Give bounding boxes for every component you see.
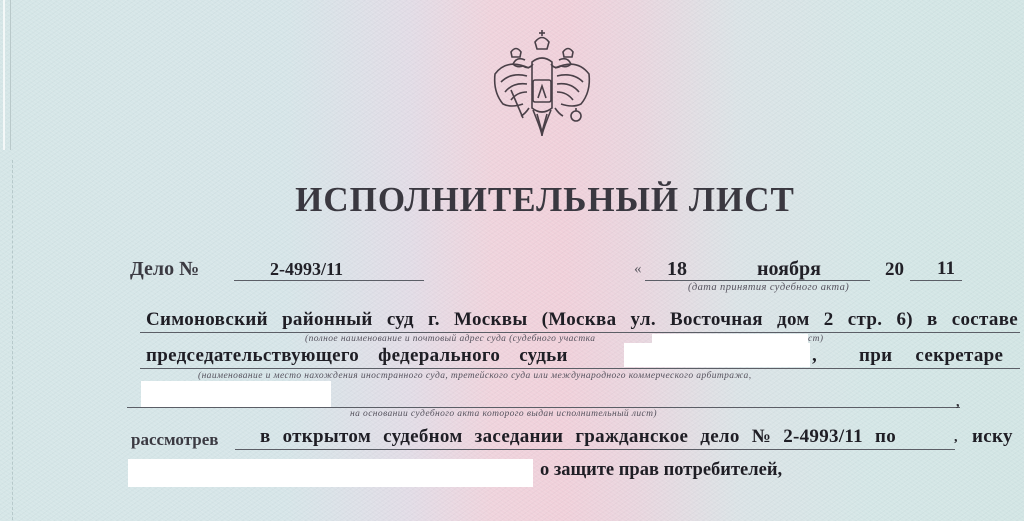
secretary-hint: на основании судебного акта которого выд…: [350, 409, 657, 419]
court-hint-left: (полное наименование и почтовый адрес су…: [305, 334, 595, 344]
case-number: 2-4993/11: [270, 259, 343, 280]
secretary-label: при секретаре: [859, 345, 1003, 367]
date-year-suffix: 11: [937, 258, 955, 280]
redacted-judge-name: [624, 343, 810, 367]
claim-text: о защите прав потребителей,: [540, 460, 782, 481]
russian-coat-of-arms-icon: [487, 28, 597, 143]
considered-underline: [235, 449, 955, 450]
considered-comma: ,: [954, 430, 958, 446]
secretary-underline: [127, 407, 960, 408]
date-month: ноября: [757, 258, 821, 281]
binding-edge: [3, 0, 11, 150]
court-underline: [140, 332, 1020, 333]
redacted-secretary-name: [141, 381, 331, 408]
court-hint-right: ст): [808, 334, 823, 344]
judge-underline: [140, 368, 1020, 369]
judge-comma: ,: [812, 345, 817, 367]
date-hint: (дата принятия судебного акта): [688, 282, 849, 293]
date-open-quote: «: [634, 261, 642, 278]
judge-prefix: председательствующего федерального судьи: [146, 345, 568, 367]
date-year-prefix: 20: [885, 259, 904, 281]
claim-label: иску: [972, 426, 1013, 448]
date-day: 18: [667, 258, 687, 281]
case-label: Дело №: [130, 258, 199, 281]
document-title: ИСПОЛНИТЕЛЬНЫЙ ЛИСТ: [0, 180, 1024, 220]
judge-hint: (наименование и место нахождения иностра…: [198, 371, 751, 381]
court-text: Симоновский районный суд г. Москвы (Моск…: [146, 309, 1018, 331]
redacted-claimant-name: [128, 459, 533, 487]
considered-label: рассмотрев: [131, 430, 218, 450]
case-number-underline: [234, 280, 424, 281]
secretary-trailing-comma: ,: [956, 395, 960, 411]
considered-text: в открытом судебном заседании гражданско…: [260, 426, 896, 448]
date-year-underline: [910, 280, 962, 281]
